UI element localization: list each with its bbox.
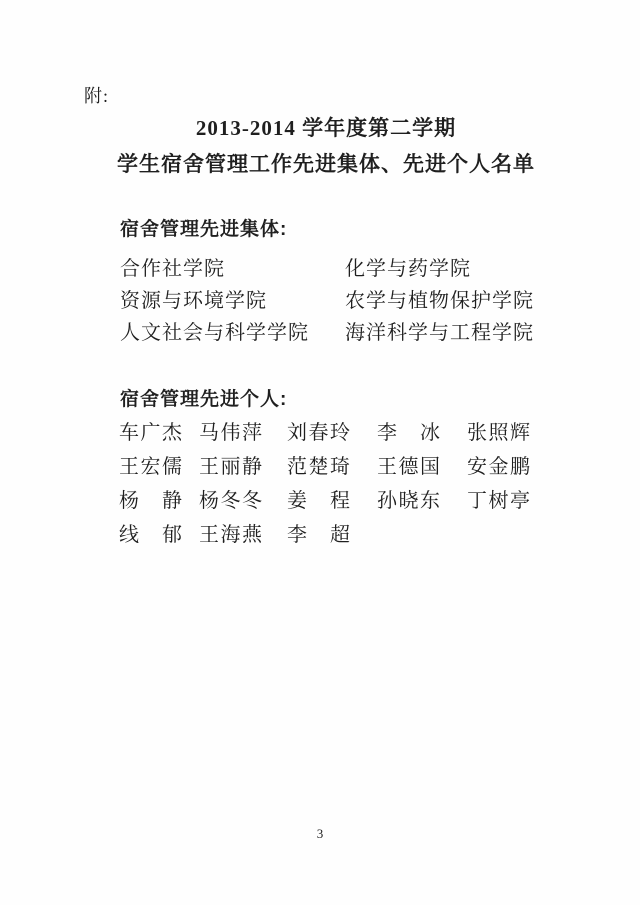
- person-name: 范楚琦: [287, 450, 377, 479]
- names-row: 车广杰 马伟萍 刘春玲 李 冰 张照辉: [119, 413, 589, 447]
- names-row: 线 郁 王海燕 李 超: [119, 515, 589, 549]
- individuals-heading: 宿舍管理先进个人:: [120, 384, 287, 411]
- collective-name: 农学与植物保护学院: [345, 284, 560, 313]
- person-name: 李 超: [287, 518, 377, 547]
- person-name: 杨 静: [119, 484, 199, 513]
- person-name: 安金鹏: [467, 450, 589, 479]
- page-number: 3: [0, 826, 640, 842]
- collective-row: 合作社学院 化学与药学院: [120, 250, 560, 282]
- person-name: 刘春玲: [287, 416, 377, 445]
- names-row: 王宏儒 王丽静 范楚琦 王德国 安金鹏: [119, 447, 589, 481]
- collective-name: 合作社学院: [120, 252, 345, 281]
- individuals-list: 车广杰 马伟萍 刘春玲 李 冰 张照辉 王宏儒 王丽静 范楚琦 王德国 安金鹏 …: [119, 413, 589, 549]
- person-name: 张照辉: [467, 416, 589, 445]
- names-row: 杨 静 杨冬冬 姜 程 孙晓东 丁树亭: [119, 481, 589, 515]
- collective-row: 资源与环境学院 农学与植物保护学院: [120, 282, 560, 314]
- collective-row: 人文社会与科学学院 海洋科学与工程学院: [120, 314, 560, 346]
- person-name: 线 郁: [119, 518, 199, 547]
- person-name: 王德国: [377, 450, 467, 479]
- person-name: 车广杰: [119, 416, 199, 445]
- document-page: 附: 2013-2014 学年度第二学期 学生宿舍管理工作先进集体、先进个人名单…: [0, 0, 640, 905]
- person-name: 马伟萍: [199, 416, 287, 445]
- person-name: 丁树亭: [467, 484, 589, 513]
- collectives-list: 合作社学院 化学与药学院 资源与环境学院 农学与植物保护学院 人文社会与科学学院…: [120, 250, 560, 346]
- person-name: 李 冰: [377, 416, 467, 445]
- attachment-label: 附:: [84, 82, 109, 108]
- collective-name: 海洋科学与工程学院: [345, 316, 560, 345]
- person-name: 王海燕: [199, 518, 287, 547]
- title-line-2: 学生宿舍管理工作先进集体、先进个人名单: [12, 146, 640, 182]
- person-name: 王丽静: [199, 450, 287, 479]
- collective-name: 人文社会与科学学院: [120, 316, 345, 345]
- person-name: 孙晓东: [377, 484, 467, 513]
- collective-name: 化学与药学院: [345, 252, 560, 281]
- collectives-heading: 宿舍管理先进集体:: [120, 214, 287, 241]
- collective-name: 资源与环境学院: [120, 284, 345, 313]
- person-name: 姜 程: [287, 484, 377, 513]
- person-name: 王宏儒: [119, 450, 199, 479]
- person-name: 杨冬冬: [199, 484, 287, 513]
- document-title: 2013-2014 学年度第二学期 学生宿舍管理工作先进集体、先进个人名单: [0, 110, 640, 182]
- title-line-1: 2013-2014 学年度第二学期: [12, 110, 640, 146]
